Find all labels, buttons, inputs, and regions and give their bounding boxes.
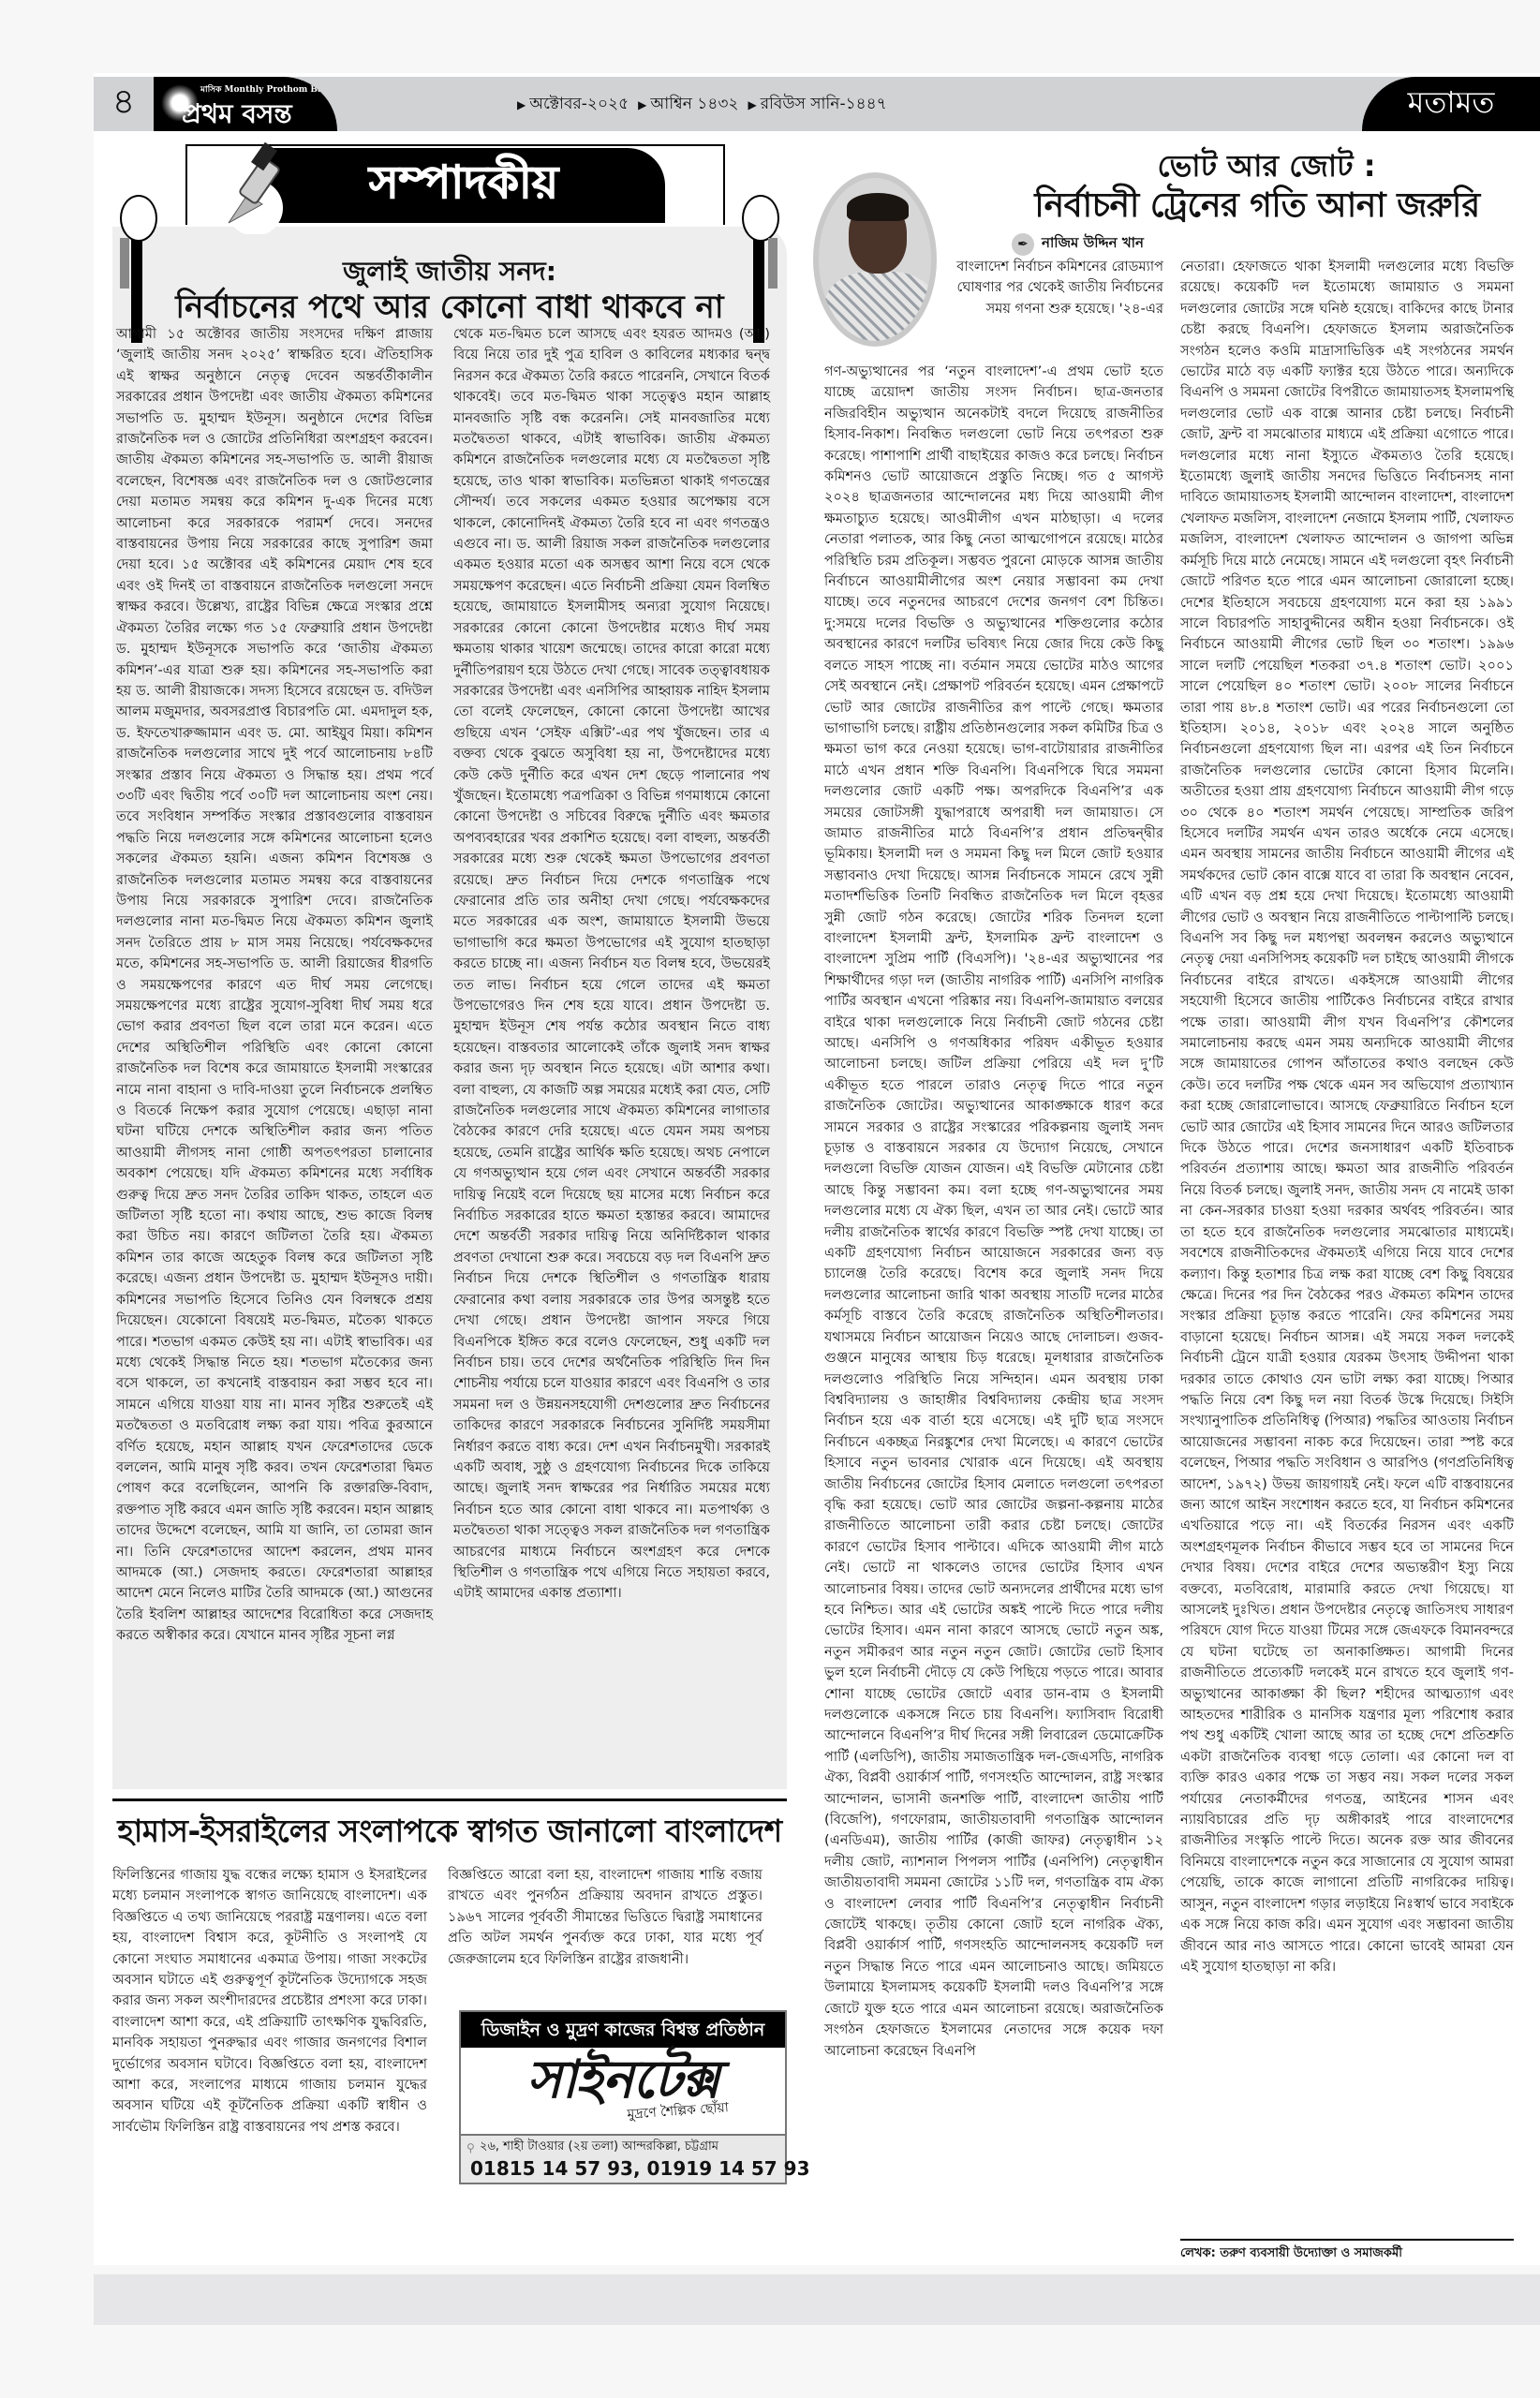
article-intro: বাংলাদেশ নির্বাচন কমিশনের রোডম্যাপ ঘোষণা… (946, 257, 1163, 319)
article-title-line-2: নির্বাচনী ট্রেনের গতি আনা জরুরি (993, 180, 1521, 236)
dateline: ▶অক্টোবর-২০২৫ ▶আশ্বিন ১৪৩২ ▶রবিউস সানি-১… (517, 92, 887, 118)
page-number: ৪ (94, 77, 154, 131)
pen-icon: ✒ (1012, 233, 1034, 256)
editorial-banner: সম্পাদকীয় (262, 148, 665, 223)
section-label: মতামত (1362, 77, 1540, 131)
ad-address: ⚲২৬, শাহী টাওয়ার (২য় তলা) আন্দরকিল্লা,… (466, 2138, 779, 2157)
article-column-b: নেতারা। হেফাজতে থাকা ইসলামী দলগুলোর মধ্য… (1180, 257, 1514, 1977)
ad-headline: ডিজাইন ও মুদ্রণ কাজের বিশ্বস্ত প্রতিষ্ঠা… (461, 2012, 785, 2048)
dateline-item: ▶রবিউস সানি-১৪৪৭ (748, 92, 886, 118)
fountain-pen-icon (210, 141, 294, 234)
editorial-body: আগামী ১৫ অক্টোবর জাতীয় সংসদের দক্ষিণ প্… (112, 324, 787, 1647)
advertisement[interactable]: ডিজাইন ও মুদ্রণ কাজের বিশ্বস্ত প্রতিষ্ঠা… (459, 2010, 787, 2184)
author-name: নাজিম উদ্দিন খান (1042, 232, 1144, 256)
masthead-brand: প্রথম বসন্ত (182, 94, 292, 131)
masthead-logo: মাসিক Monthly Prothom Basanto প্রথম বসন্… (154, 77, 337, 131)
newspaper-page: ৪ মাসিক Monthly Prothom Basanto প্রথম বস… (94, 73, 1540, 2265)
editorial-section: সম্পাদকীয় জুলাই জাতীয় সনদ: নির্বাচনের … (112, 141, 787, 1789)
triangle-right-icon: ▶ (748, 98, 756, 111)
author-photo (813, 172, 937, 347)
footer-band (94, 2274, 1540, 2325)
article-column-1: ফিলিস্তিনের গাজায় যুদ্ধ বন্ধের লক্ষ্যে … (112, 1865, 427, 2138)
article-column-a: গণ-অভ্যুত্থানের পর ‘নতুন বাংলাদেশ’-এ প্র… (824, 362, 1163, 2062)
triangle-right-icon: ▶ (638, 98, 646, 111)
mobile-phone-icon (466, 2162, 467, 2175)
divider (1180, 2239, 1514, 2241)
divider (112, 1798, 787, 1801)
opinion-article: ভোট আর জোট : নির্বাচনী ট্রেনের গতি আনা জ… (806, 131, 1521, 2265)
article-headline: হামাস-ইসরাইলের সংলাপকে স্বাগত জানালো বাং… (112, 1807, 787, 1859)
location-pin-icon: ⚲ (466, 2141, 476, 2154)
triangle-right-icon: ▶ (517, 98, 526, 111)
dateline-item: ▶অক্টোবর-২০২৫ (517, 92, 629, 118)
author-note: লেখক: তরুণ ব্যবসায়ী উদ্যোক্তা ও সমাজকর্… (1180, 2244, 1514, 2264)
editorial-column-1: আগামী ১৫ অক্টোবর জাতীয় সংসদের দক্ষিণ প্… (116, 324, 433, 1647)
page-header: ৪ মাসিক Monthly Prothom Basanto প্রথম বস… (94, 77, 1540, 131)
ad-contact: ⚲২৬, শাহী টাওয়ার (২য় তলা) আন্দরকিল্লা,… (461, 2134, 785, 2183)
dateline-item: ▶আশ্বিন ১৪৩২ (638, 92, 738, 118)
editorial-column-2: থেকে মত-দ্বিমত চলে আসছে এবং হযরত আদমও (আ… (453, 324, 770, 1647)
ad-phone[interactable]: 01815 14 57 93, 01919 14 57 93 (466, 2157, 779, 2180)
byline: ✒ নাজিম উদ্দিন খান (1012, 232, 1144, 256)
